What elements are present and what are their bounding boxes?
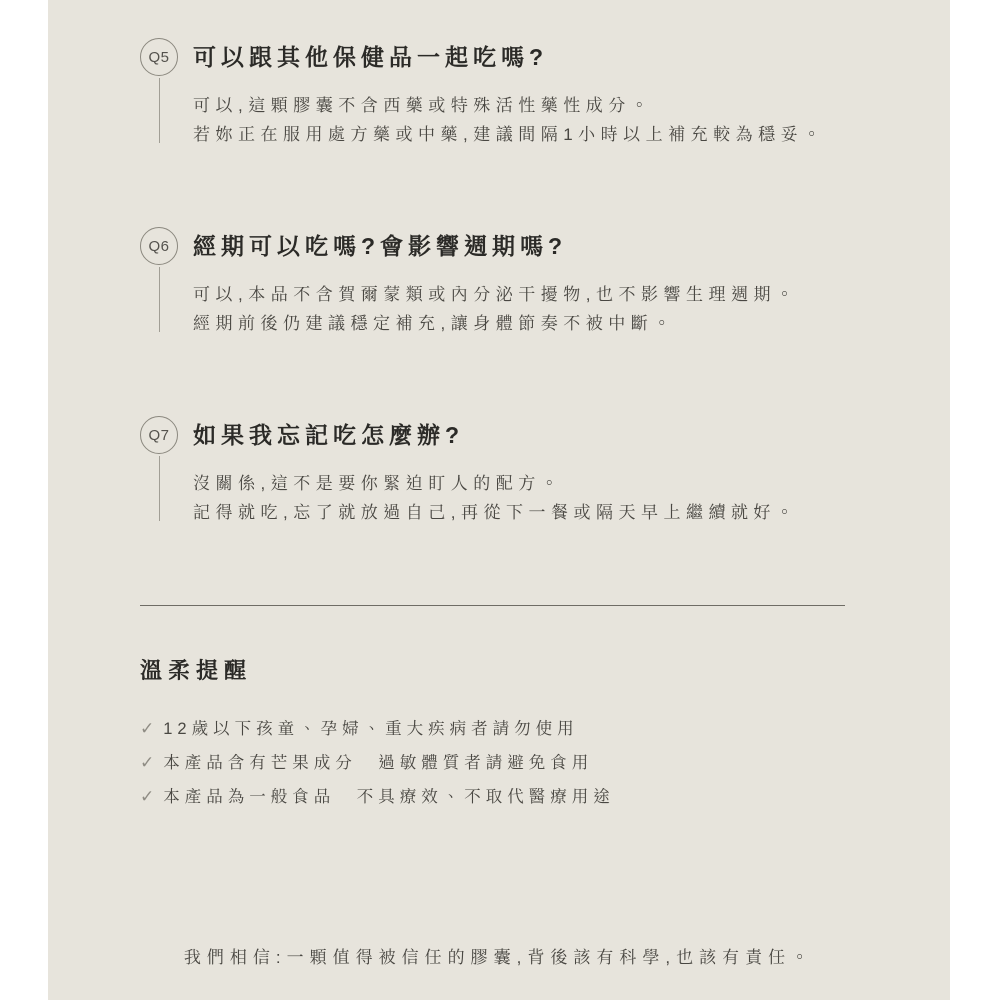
q7-marker-column: Q7 [140,416,178,527]
q5-badge: Q5 [140,38,178,76]
reminder-title: 溫柔提醒 [140,656,855,686]
check-icon: ✓ [140,746,154,779]
q6-answer: 可以,本品不含賀爾蒙類或內分泌干擾物,也不影響生理週期。 經期前後仍建議穩定補充… [193,281,855,338]
faq-panel: Q5 可以跟其他保健品一起吃嗎? 可以,這顆膠囊不含西藥或特殊活性藥性成分。 若… [48,0,950,1000]
q7-answer: 沒關係,這不是要你緊迫盯人的配方。 記得就吃,忘了就放過自己,再從下一餐或隔天早… [193,470,855,527]
reminder-item-3-text: 本產品為一般食品 不具療效、不取代醫療用途 [163,781,615,814]
q6-marker-column: Q6 [140,227,178,338]
brand-statement: 我們相信:一顆值得被信任的膠囊,背後該有科學,也該有責任。 [48,943,950,968]
q5-content: 可以跟其他保健品一起吃嗎? 可以,這顆膠囊不含西藥或特殊活性藥性成分。 若妳正在… [193,38,855,149]
check-icon: ✓ [140,712,154,745]
page: Q5 可以跟其他保健品一起吃嗎? 可以,這顆膠囊不含西藥或特殊活性藥性成分。 若… [0,0,1000,1000]
q7-connector-line [159,456,160,521]
q6-badge: Q6 [140,227,178,265]
reminder-list: ✓ 12歲以下孩童、孕婦、重大疾病者請勿使用 ✓ 本產品含有芒果成分 過敏體質者… [140,712,855,814]
reminder-item-1-text: 12歲以下孩童、孕婦、重大疾病者請勿使用 [163,713,578,746]
q7-badge-label: Q7 [148,427,169,444]
q6-badge-label: Q6 [148,238,169,255]
q7-content: 如果我忘記吃怎麼辦? 沒關係,這不是要你緊迫盯人的配方。 記得就吃,忘了就放過自… [193,416,855,527]
q6-answer-line-2: 經期前後仍建議穩定補充,讓身體節奏不被中斷。 [193,314,676,333]
q6-connector-line [159,267,160,332]
q5-marker-column: Q5 [140,38,178,149]
q7-badge: Q7 [140,416,178,454]
reminder-section: 溫柔提醒 ✓ 12歲以下孩童、孕婦、重大疾病者請勿使用 ✓ 本產品含有芒果成分 … [140,656,855,814]
q7-answer-line-1: 沒關係,這不是要你緊迫盯人的配方。 [193,474,563,493]
q6-question: 經期可以吃嗎?會影響週期嗎? [193,227,855,265]
q7-answer-line-2: 記得就吃,忘了就放過自己,再從下一餐或隔天早上繼續就好。 [193,503,798,522]
faq-item-q5: Q5 可以跟其他保健品一起吃嗎? 可以,這顆膠囊不含西藥或特殊活性藥性成分。 若… [140,38,855,149]
q6-answer-line-1: 可以,本品不含賀爾蒙類或內分泌干擾物,也不影響生理週期。 [193,285,798,304]
reminder-item-3: ✓ 本產品為一般食品 不具療效、不取代醫療用途 [140,780,855,814]
q5-answer: 可以,這顆膠囊不含西藥或特殊活性藥性成分。 若妳正在服用處方藥或中藥,建議間隔1… [193,92,855,149]
reminder-item-2: ✓ 本產品含有芒果成分 過敏體質者請避免食用 [140,746,855,780]
q5-question: 可以跟其他保健品一起吃嗎? [193,38,855,76]
q5-badge-label: Q5 [148,49,169,66]
q5-answer-line-2: 若妳正在服用處方藥或中藥,建議間隔1小時以上補充較為穩妥。 [193,125,826,144]
q5-answer-line-1: 可以,這顆膠囊不含西藥或特殊活性藥性成分。 [193,96,653,115]
faq-item-q7: Q7 如果我忘記吃怎麼辦? 沒關係,這不是要你緊迫盯人的配方。 記得就吃,忘了就… [140,416,855,527]
q6-content: 經期可以吃嗎?會影響週期嗎? 可以,本品不含賀爾蒙類或內分泌干擾物,也不影響生理… [193,227,855,338]
q5-connector-line [159,78,160,143]
q7-question: 如果我忘記吃怎麼辦? [193,416,855,454]
check-icon: ✓ [140,780,154,813]
reminder-item-1: ✓ 12歲以下孩童、孕婦、重大疾病者請勿使用 [140,712,855,746]
section-divider [140,605,845,606]
reminder-item-2-text: 本產品含有芒果成分 過敏體質者請避免食用 [163,747,593,780]
faq-item-q6: Q6 經期可以吃嗎?會影響週期嗎? 可以,本品不含賀爾蒙類或內分泌干擾物,也不影… [140,227,855,338]
